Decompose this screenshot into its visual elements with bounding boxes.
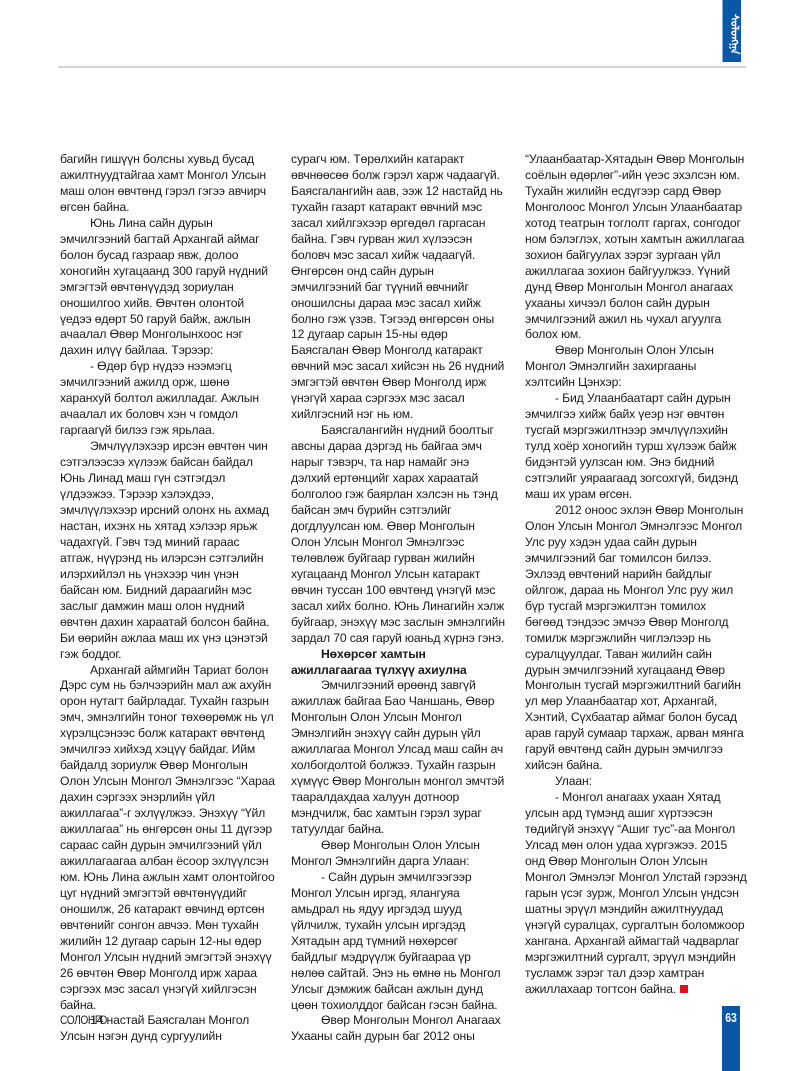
quote-paragraph: - Сайн дурын эмчилгээгээр Монгол Улсын и… — [291, 870, 507, 1014]
paragraph: Архангай аймгийн Тариат болон Дэрс сум н… — [60, 663, 276, 1014]
end-of-article-icon — [680, 985, 688, 993]
quote-paragraph: - Өдөр бүр нүдээ нээмэгц эмчилгээний ажи… — [60, 359, 276, 439]
article-column-2: сурагч юм. Төрөлхийн катаракт өвчнөөсөө … — [291, 152, 507, 1045]
paragraph: Эмчилгээний өрөөнд завгүй ажиллаж байгаа… — [291, 678, 507, 838]
page-number: 63 — [724, 1010, 738, 1025]
paragraph: Өвөр Монголын Олон Улсын Монгол Эмнэлгий… — [291, 838, 507, 870]
paragraph: Баясгалангийн нүдний боолтыг авсны дараа… — [291, 423, 507, 646]
paragraph: Эмчлүүлэхээр ирсэн өвчтөн чин сэтгэлээсэ… — [60, 439, 276, 662]
paragraph: Өвөр Монголын Монгол Анагаах Ухааны сайн… — [291, 1013, 507, 1045]
quote-paragraph-text: - Монгол анагаах ухаан Хятад улсын ард т… — [525, 790, 747, 995]
mongol-script-label: ᠰᠣᠯᠣᠩᠭ᠋ᠠ — [725, 10, 739, 58]
paragraph: багийн гишүүн болсны хувьд бусад ажилтну… — [60, 152, 276, 216]
paragraph: Улаан: — [525, 774, 747, 790]
paragraph: сурагч юм. Төрөлхийн катаракт өвчнөөсөө … — [291, 152, 507, 423]
final-paragraph: - Монгол анагаах ухаан Хятад улсын ард т… — [525, 790, 747, 997]
section-tab: ᠰᠣᠯᠣᠩᠭ᠋ᠠ — [722, 0, 741, 62]
paragraph: 2012 оноос эхлэн Өвөр Монголын Олон Улсы… — [525, 503, 747, 774]
quote-paragraph: - Бид Улаанбаатарт сайн дурын эмчилгээ х… — [525, 391, 747, 503]
paragraph: Юнь Лина сайн дурын эмчилгээний багтай А… — [60, 216, 276, 360]
magazine-name: СОЛОНГО — [60, 1013, 107, 1027]
paragraph: Өвөр Монголын Олон Улсын Монгол Эмнэлгий… — [525, 343, 747, 391]
article-column-1: багийн гишүүн болсны хувьд бусад ажилтну… — [60, 152, 276, 1045]
article-column-3: “Улаанбаатар-Хятадын Өвөр Монголын соёлы… — [525, 152, 747, 998]
page-number-tab: 63 — [722, 1006, 740, 1071]
section-heading: Нөхөрсөг хамтын ажиллагаагаа түлхүү ахиу… — [291, 647, 507, 679]
header-divider — [58, 66, 746, 68]
paragraph: “Улаанбаатар-Хятадын Өвөр Монголын соёлы… — [525, 152, 747, 343]
